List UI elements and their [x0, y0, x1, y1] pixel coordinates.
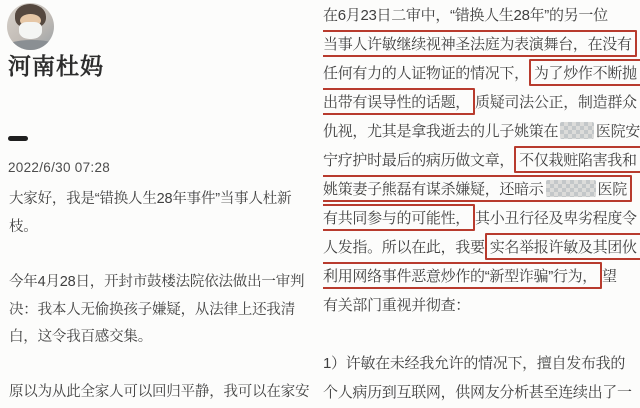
blank-line: [9, 239, 315, 267]
left-text-block: 大家好，我是“错换人生28年事件”当事人杜新 枝。 今年4月28日，开封市鼓楼法…: [9, 184, 315, 405]
post-text-line: 人发指。所以在此，我要 实名举报许敏及其团伙: [323, 232, 640, 261]
highlighted-text: 不仅栽赃陷害我和: [514, 146, 640, 173]
censor-blur: [560, 122, 594, 139]
highlighted-text: 利用网络事件恶意炒作的“新型诈骗”行为，: [323, 262, 602, 289]
text-segment: 人发指。所以在此，我要: [323, 236, 485, 257]
text-segment: 有关部门重视并彻查：: [323, 294, 470, 315]
post-text-line: 宁疗护时最后的病历做文章， 不仅栽赃陷害我和: [323, 145, 640, 174]
blank-line: [323, 319, 640, 348]
text-segment: 仇视，尤其是拿我逝去的儿子姚策在: [323, 120, 558, 141]
highlighted-text: 出带有误导性的话题，: [323, 88, 475, 115]
right-pane: 在6月23日二审中，“错换人生28年”的另一位 当事人许敏继续视神圣法庭为表演舞…: [323, 0, 640, 408]
text-segment: 宁疗护时最后的病历做文章，: [323, 149, 514, 170]
post-text-line: 个人病历到互联网，供网友分析甚至连续出了一: [323, 377, 640, 406]
post-text-line: 有关部门重视并彻查：: [323, 290, 640, 319]
screenshot-root: 河南杜妈 2022/6/30 07:28 大家好，我是“错换人生28年事件”当事…: [0, 0, 640, 408]
post-text-line: 姚策妻子熊磊有谋杀嫌疑，还暗示 医院: [323, 174, 640, 203]
highlighted-text: 为了炒作不断抛: [529, 59, 640, 86]
highlighted-text: 当事人许敏继续视神圣法庭为表演舞台，在没有: [323, 30, 637, 57]
post-text-line: 1）许敏在未经我允许的情况下，擅自发布我的: [323, 348, 640, 377]
highlighted-text: 医院: [598, 178, 627, 199]
text-segment: 在6月23日二审中，“错换人生28年”的另一位: [323, 4, 608, 25]
post-text-line: 任何有力的人证物证的情况下， 为了炒作不断抛: [323, 58, 640, 87]
divider-dash: [8, 136, 28, 141]
left-pane: 河南杜妈 2022/6/30 07:28 大家好，我是“错换人生28年事件”当事…: [0, 0, 316, 408]
post-text-line: 决：我本人无偷换孩子嫌疑，从法律上还我清: [9, 294, 315, 322]
post-text-line: 原以为从此全家人可以回归平静，我可以在家安: [9, 377, 315, 405]
blank-line: [9, 350, 315, 378]
post-text-line: 出带有误导性的话题， 质疑司法公正，制造群众: [323, 87, 640, 116]
post-text-line: 利用网络事件恶意炒作的“新型诈骗”行为， 望: [323, 261, 640, 290]
text-segment: 个人病历到互联网，供网友分析甚至连续出了一: [323, 381, 632, 402]
post-text-line: 枝。: [9, 212, 315, 240]
post-text-line: 在6月23日二审中，“错换人生28年”的另一位: [323, 0, 640, 29]
face-mask: [19, 22, 42, 39]
post-timestamp: 2022/6/30 07:28: [8, 160, 110, 175]
author-name[interactable]: 河南杜妈: [8, 48, 104, 81]
highlight-box: 姚策妻子熊磊有谋杀嫌疑，还暗示 医院: [323, 175, 632, 202]
post-text-line: 当事人许敏继续视神圣法庭为表演舞台，在没有: [323, 29, 640, 58]
text-segment: 其小丑行径及卑劣程度令: [475, 207, 637, 228]
text-segment: 质疑司法公正，制造群众: [475, 91, 637, 112]
text-segment: 医院安: [596, 120, 640, 141]
censor-blur: [546, 180, 596, 197]
highlighted-text: 有共同参与的可能性，: [323, 204, 475, 231]
post-text-line: 白，这令我百感交集。: [9, 322, 315, 350]
highlighted-text: 姚策妻子熊磊有谋杀嫌疑，还暗示: [323, 178, 544, 199]
post-text-line: 有共同参与的可能性， 其小丑行径及卑劣程度令: [323, 203, 640, 232]
post-text-line: 仇视，尤其是拿我逝去的儿子姚策在 医院安: [323, 116, 640, 145]
highlighted-text: 实名举报许敏及其团伙: [485, 233, 640, 260]
post-text-line: 大家好，我是“错换人生28年事件”当事人杜新: [9, 184, 315, 212]
text-segment: 望: [602, 265, 617, 286]
post-text-line: 今年4月28日，开封市鼓楼法院依法做出一审判: [9, 267, 315, 295]
text-segment: 1）许敏在未经我允许的情况下，擅自发布我的: [323, 352, 625, 373]
text-segment: 任何有力的人证物证的情况下，: [323, 62, 529, 83]
avatar[interactable]: [7, 3, 54, 50]
